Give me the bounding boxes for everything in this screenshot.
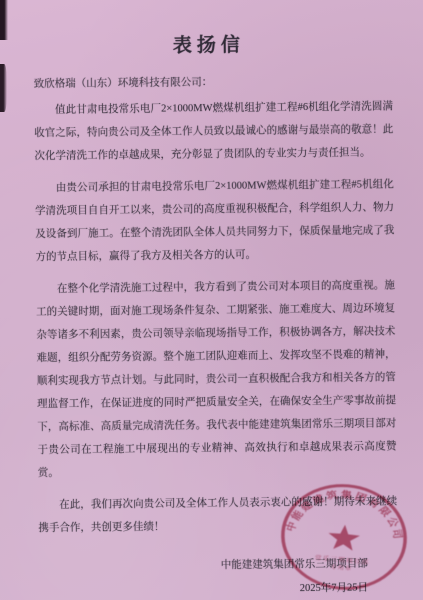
- salutation: 致欣格瑞（山东）环境科技有限公司：: [34, 69, 393, 96]
- letter-title: 表扬信: [0, 28, 420, 59]
- seal-inner-text-1: 常乐三期项目部: [315, 553, 370, 566]
- red-seal-stamp: 中能建建筑集团有限公司 常乐三期项目部 专用章: [271, 474, 416, 599]
- paragraph-2: 由贵公司承担的甘肃电投常乐电厂2×1000MW燃煤机组扩建工程#5机组化学清洗项…: [35, 173, 395, 269]
- paragraph-1: 值此甘肃电投常乐电厂2×1000MW燃煤机组扩建工程#6机组化学清洗圆满收官之际…: [34, 95, 394, 168]
- letter-photo: 表扬信 致欣格瑞（山东）环境科技有限公司： 值此甘肃电投常乐电厂2×1000MW…: [0, 0, 423, 600]
- paragraph-3: 在整个化学清洗施工过程中，我方看到了贵公司对本项目的高度重视。施工的关键时期，面…: [36, 274, 397, 485]
- seal-star-icon: [327, 523, 361, 551]
